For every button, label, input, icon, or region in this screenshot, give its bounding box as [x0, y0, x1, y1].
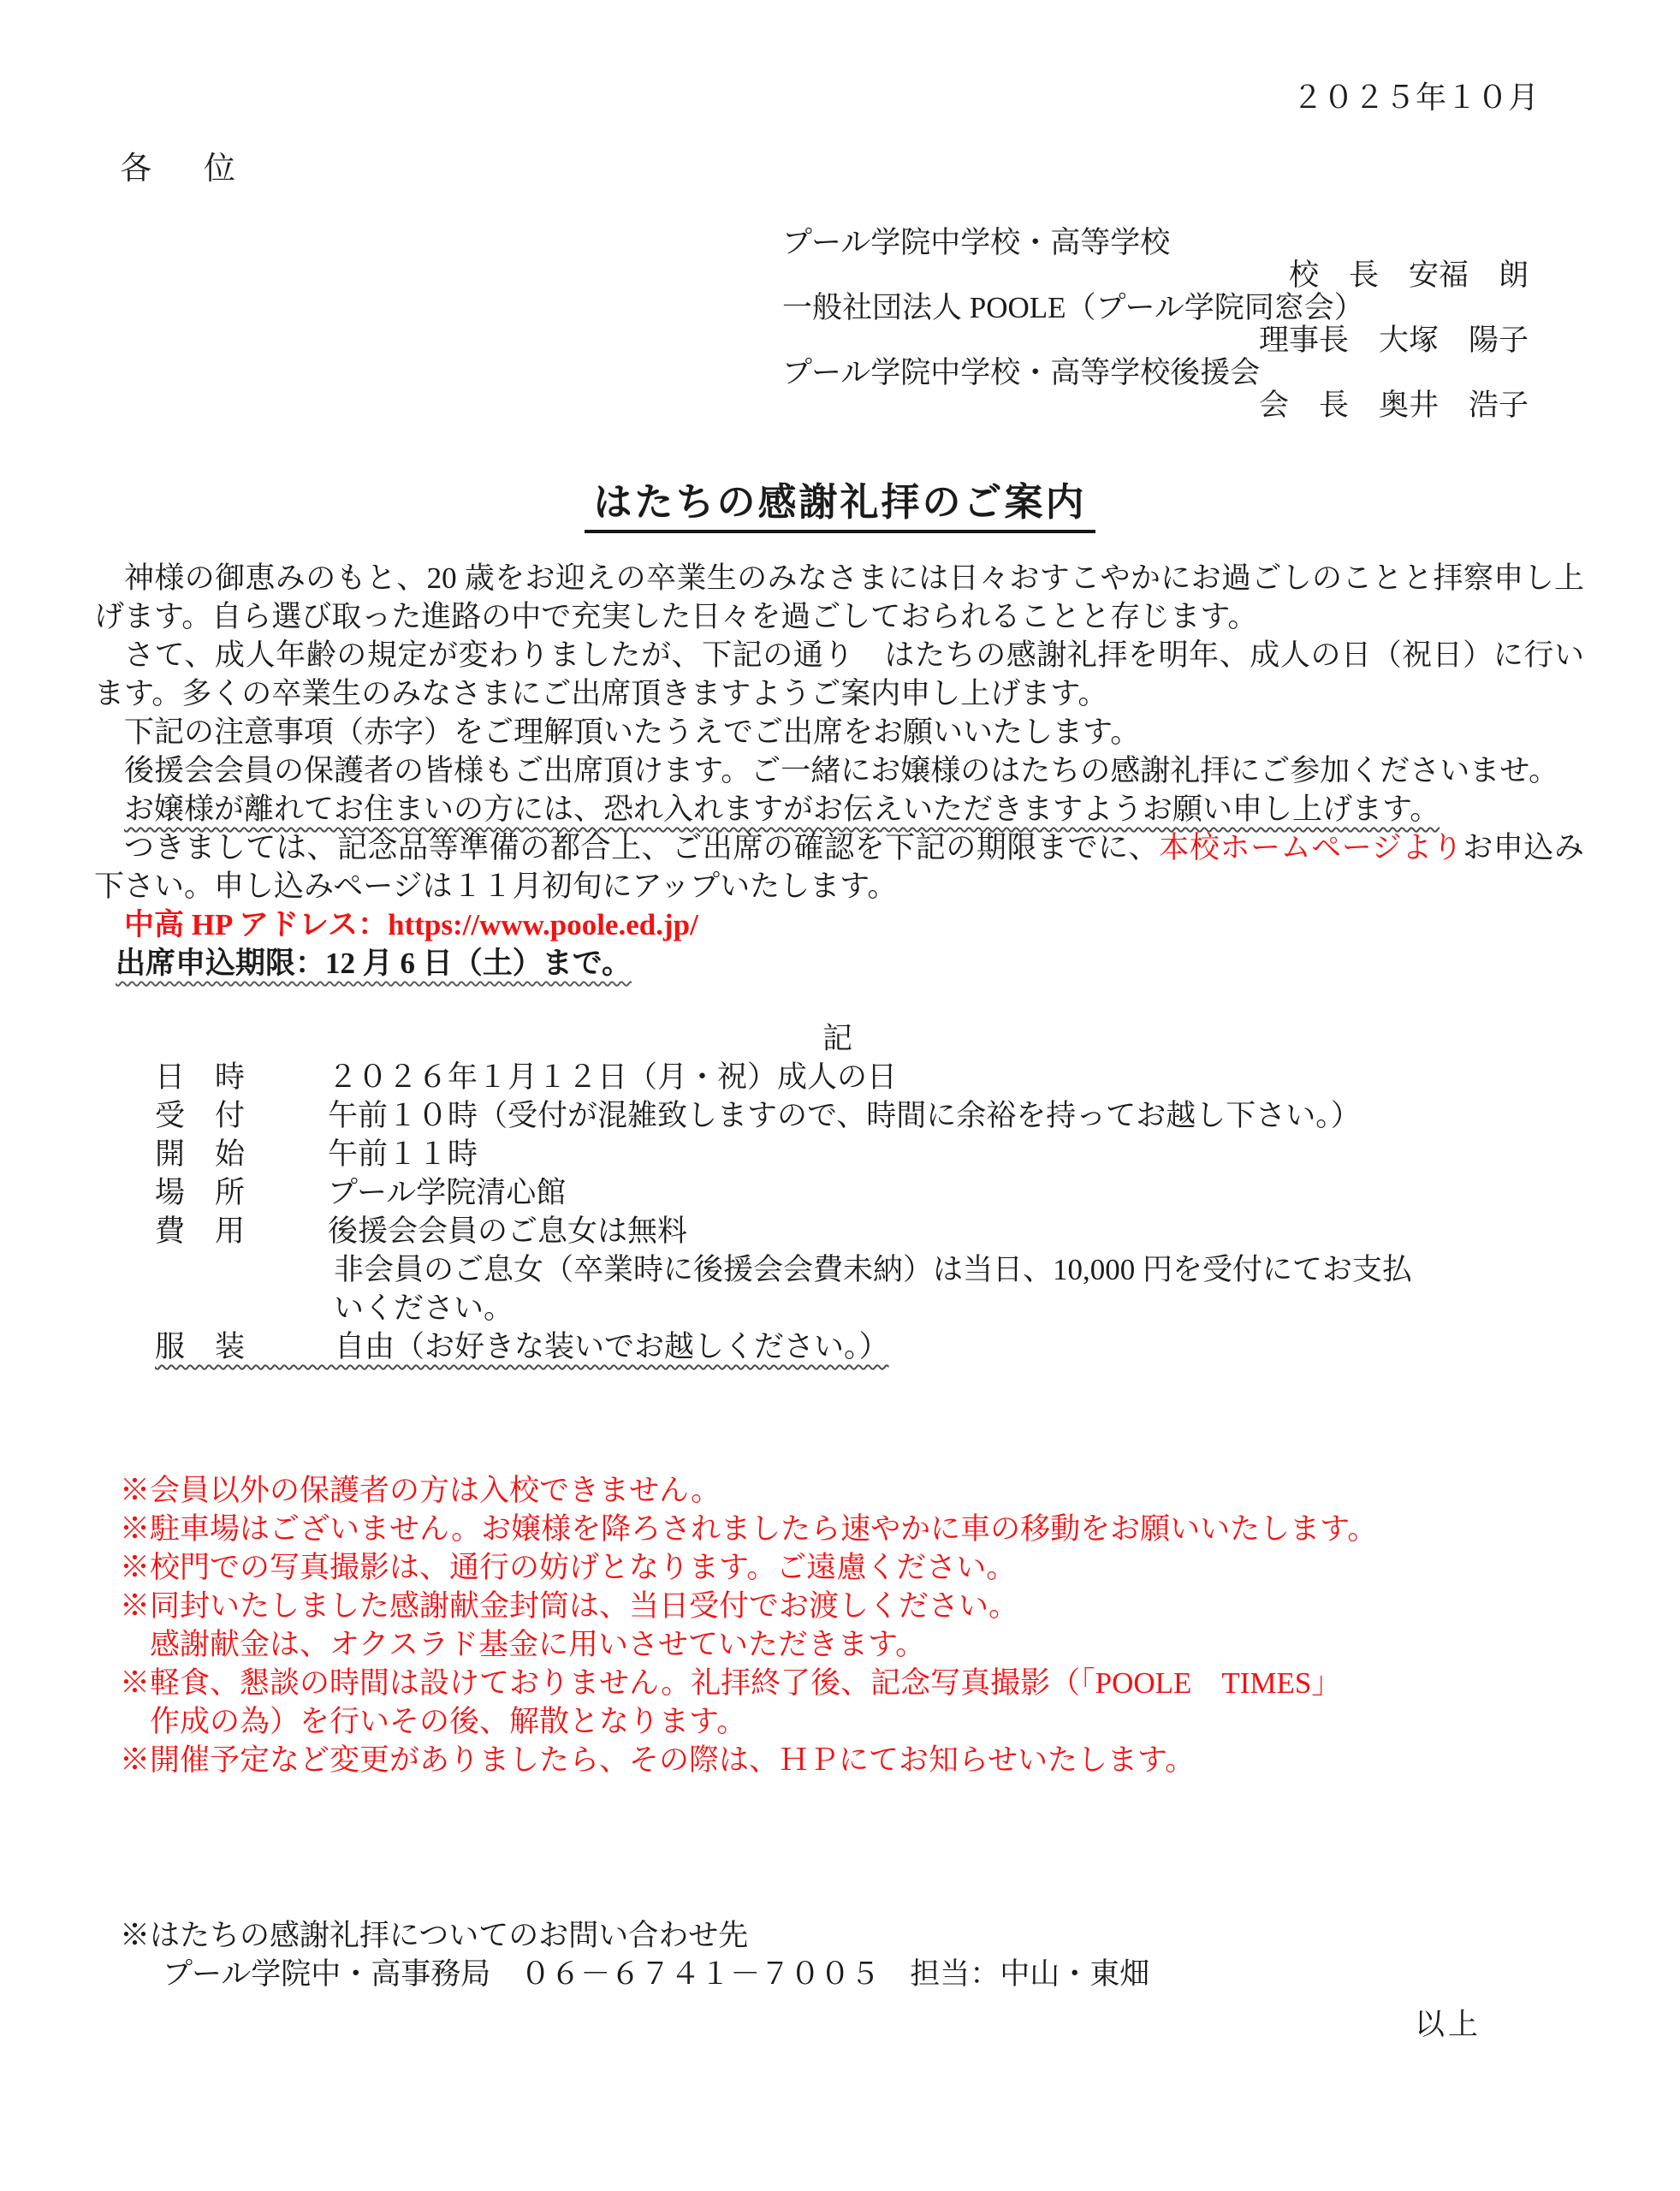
hp-url-link[interactable]: https://www.poole.ed.jp/ — [388, 908, 698, 941]
paragraph-adult-age: さて、成人年齢の規定が変わりましたが、下記の通り はたちの感謝礼拝を明年、成人の… — [94, 636, 1584, 713]
detail-row-fee: 費 用 後援会会員のご息女は無料 — [94, 1212, 1584, 1250]
paragraph-blessing: 神様の御恵みのもと、20 歳をお迎えの卒業生のみなさまには日々おすこやかにお過ご… — [94, 559, 1584, 636]
detail-row-start: 開 始 午前１１時 — [94, 1135, 1584, 1173]
contact-phone-line: プール学院中・高事務局 ０６－６７４１－７００５ 担当：中山・東畑 — [120, 1955, 1584, 1993]
note-no-refreshments-cont: 作成の為）を行いその後、解散となります。 — [120, 1702, 1584, 1741]
detail-value: ２０２６年１月１２日（月・祝）成人の日 — [328, 1058, 1584, 1096]
detail-label: 日 時 — [155, 1058, 328, 1096]
dresscode-text: 服 装 自由（お好きな装いでお越しください。） — [155, 1330, 889, 1363]
ki-marker: 記 — [94, 1019, 1584, 1058]
event-details: 日 時 ２０２６年１月１２日（月・祝）成人の日 受 付 午前１０時（受付が混雑致… — [94, 1058, 1584, 1366]
sender-block: プール学院中学校・高等学校 校 長 安福 朗 一般社団法人 POOLE（プール学… — [782, 227, 1537, 422]
application-text-black1: つきましては、記念品等準備の都合上、ご出席の確認を下記の期限までに、 — [124, 831, 1159, 864]
detail-row-reception: 受 付 午前１０時（受付が混雑致しますので、時間に余裕を持ってお越し下さい。） — [94, 1096, 1584, 1135]
sender-name-principal: 校 長 安福 朗 — [782, 259, 1537, 292]
document-date: ２０２５年１０月 — [0, 79, 1680, 117]
closing-ijou: 以上 — [94, 2005, 1584, 2044]
detail-row-dresscode: 服 装 自由（お好きな装いでお越しください。） — [155, 1327, 1584, 1366]
detail-label: 受 付 — [155, 1096, 328, 1135]
paragraph-red-notice: 下記の注意事項（赤字）をご理解頂いたうえでご出席をお願いいたします。 — [94, 713, 1584, 751]
sender-org-alumni: 一般社団法人 POOLE（プール学院同窓会） — [782, 292, 1537, 324]
note-no-photos-gate: ※校門での写真撮影は、通行の妨げとなります。ご遠慮ください。 — [120, 1548, 1584, 1587]
application-text-red: 本校ホームページより — [1159, 831, 1463, 864]
wavy-underline-text: お嬢様が離れてお住まいの方には、恐れ入れますがお伝えいただきますようお願い申し上… — [124, 793, 1440, 826]
fee-nonmember-line-cont: いください。 — [334, 1289, 1584, 1327]
detail-value: プール学院清心館 — [328, 1173, 1584, 1212]
paragraph-parents: 後援会会員の保護者の皆様もご出席頂けます。ご一緒にお嬢様のはたちの感謝礼拝にご参… — [94, 751, 1584, 790]
detail-value: 午前１０時（受付が混雑致しますので、時間に余裕を持ってお越し下さい。） — [328, 1096, 1584, 1135]
detail-label: 場 所 — [155, 1173, 328, 1212]
sender-org-supporters: プール学院中学校・高等学校後援会 — [782, 357, 1537, 389]
contact-block: ※はたちの感謝礼拝についてのお問い合わせ先 プール学院中・高事務局 ０６－６７４… — [120, 1916, 1584, 1993]
addressee: 各 位 — [120, 150, 1680, 188]
hp-address-label: 中高 HP アドレス： — [124, 908, 388, 941]
note-no-entry: ※会員以外の保護者の方は入校できません。 — [120, 1471, 1584, 1510]
application-deadline-line: 出席申込期限：12 月 6 日（土）まで。 — [116, 944, 1584, 983]
deadline-text: 出席申込期限：12 月 6 日（土）まで。 — [116, 947, 632, 980]
fee-nonmember-line: 非会員のご息女（卒業時に後援会会費未納）は当日、10,000 円を受付にてお支払 — [334, 1250, 1584, 1289]
sender-org-school: プール学院中学校・高等学校 — [782, 227, 1537, 259]
note-schedule-change: ※開催予定など変更がありましたら、その際は、ＨＰにてお知らせいたします。 — [120, 1741, 1584, 1779]
note-donation-envelope: ※同封いたしました感謝献金封筒は、当日受付でお渡しください。 — [120, 1587, 1584, 1625]
red-notes-block: ※会員以外の保護者の方は入校できません。 ※駐車場はございません。お嬢様を降ろさ… — [120, 1471, 1584, 1779]
detail-row-datetime: 日 時 ２０２６年１月１２日（月・祝）成人の日 — [94, 1058, 1584, 1096]
page-title: はたちの感謝礼拝のご案内 — [585, 478, 1095, 533]
hp-address-line: 中高 HP アドレス：https://www.poole.ed.jp/ — [124, 905, 1584, 944]
detail-value: 後援会会員のご息女は無料 — [328, 1212, 1584, 1250]
detail-label: 費 用 — [155, 1212, 328, 1250]
sender-name-president: 会 長 奥井 浩子 — [782, 389, 1537, 422]
note-donation-fund: 感謝献金は、オクスラド基金に用いさせていただきます。 — [120, 1625, 1584, 1664]
detail-label: 開 始 — [155, 1135, 328, 1173]
detail-row-place: 場 所 プール学院清心館 — [94, 1173, 1584, 1212]
detail-value: 午前１１時 — [328, 1135, 1584, 1173]
note-no-parking: ※駐車場はございません。お嬢様を降ろされましたら速やかに車の移動をお願いいたしま… — [120, 1510, 1584, 1548]
letter-body: 神様の御恵みのもと、20 歳をお迎えの卒業生のみなさまには日々おすこやかにお過ご… — [94, 559, 1584, 2044]
contact-heading: ※はたちの感謝礼拝についてのお問い合わせ先 — [120, 1916, 1584, 1955]
letter-page: ２０２５年１０月 各 位 プール学院中学校・高等学校 校 長 安福 朗 一般社団… — [0, 0, 1680, 2191]
paragraph-daughters-away: お嬢様が離れてお住まいの方には、恐れ入れますがお伝えいただきますようお願い申し上… — [94, 790, 1584, 828]
sender-name-chair: 理事長 大塚 陽子 — [782, 324, 1537, 357]
paragraph-application: つきましては、記念品等準備の都合上、ご出席の確認を下記の期限までに、本校ホームペ… — [94, 828, 1584, 905]
note-no-refreshments: ※軽食、懇談の時間は設けておりません。礼拝終了後、記念写真撮影（「POOLE T… — [120, 1664, 1584, 1702]
